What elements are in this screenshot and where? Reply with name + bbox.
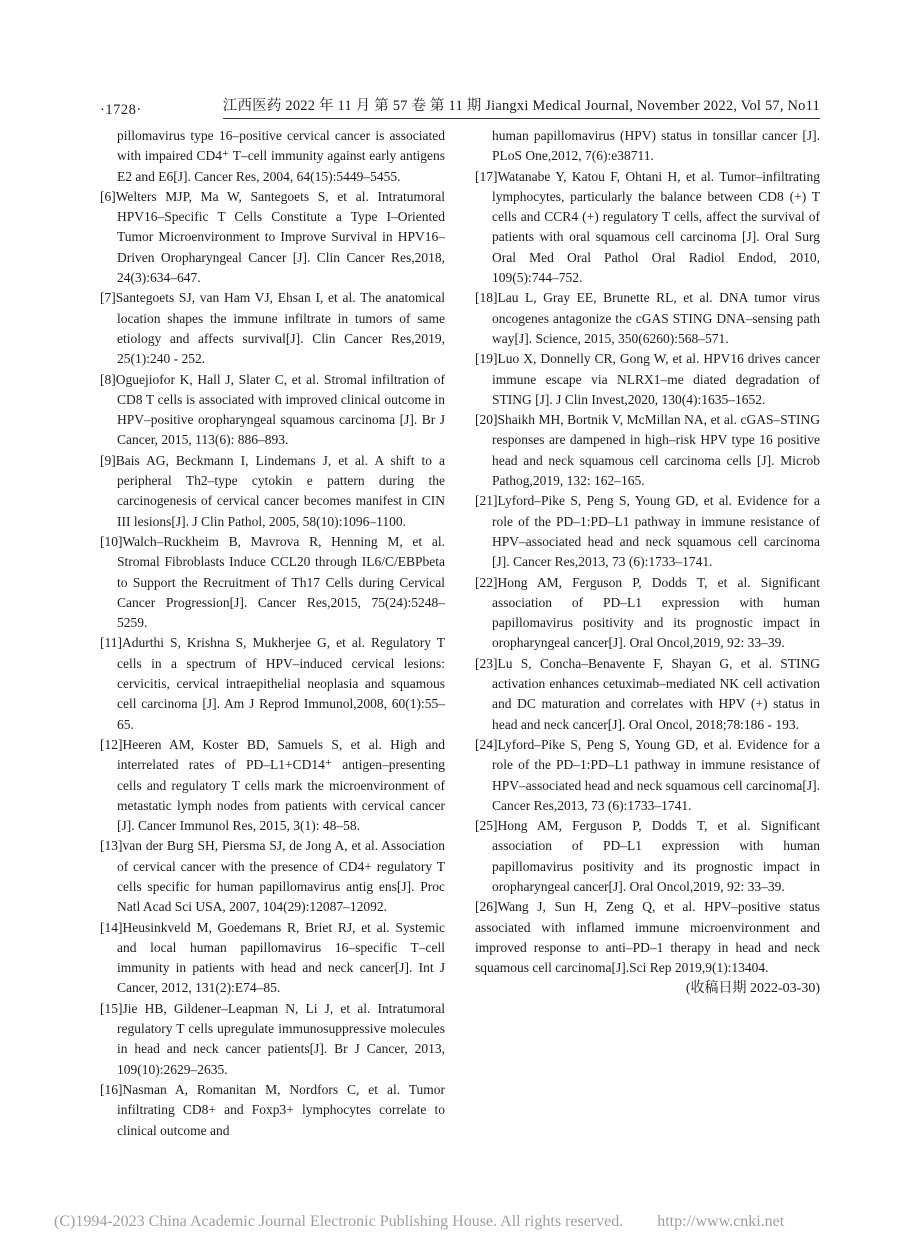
journal-masthead: 江西医药 2022 年 11 月 第 57 卷 第 11 期 Jiangxi M…	[223, 94, 820, 119]
reference-entry: [15]Jie HB, Gildener–Leapman N, Li J, et…	[100, 999, 445, 1080]
reference-entry: [9]Bais AG, Beckmann I, Lindemans J, et …	[100, 451, 445, 532]
references-column-right: human papillomavirus (HPV) status in ton…	[475, 126, 820, 1141]
received-date: (收稿日期 2022-03-30)	[475, 978, 820, 1000]
reference-entry: [13]van der Burg SH, Piersma SJ, de Jong…	[100, 836, 445, 917]
reference-entry: [14]Heusinkveld M, Goedemans R, Briet RJ…	[100, 918, 445, 999]
reference-entry: [23]Lu S, Concha–Benavente F, Shayan G, …	[475, 654, 820, 735]
cnki-footer: (C)1994-2023 China Academic Journal Elec…	[54, 1213, 784, 1231]
reference-entry: [26]Wang J, Sun H, Zeng Q, et al. HPV–po…	[475, 897, 820, 978]
page-header: ·1728· 江西医药 2022 年 11 月 第 57 卷 第 11 期 Ji…	[100, 94, 820, 119]
reference-entry: [6]Welters MJP, Ma W, Santegoets S, et a…	[100, 187, 445, 288]
reference-entry: [7]Santegoets SJ, van Ham VJ, Ehsan I, e…	[100, 288, 445, 369]
references-column-left: pillomavirus type 16–positive cervical c…	[100, 126, 445, 1141]
reference-entry: [11]Adurthi S, Krishna S, Mukherjee G, e…	[100, 633, 445, 734]
page-number: ·1728·	[100, 102, 142, 119]
reference-entry: human papillomavirus (HPV) status in ton…	[475, 126, 820, 167]
reference-entry: [24]Lyford–Pike S, Peng S, Young GD, et …	[475, 735, 820, 816]
copyright-notice: (C)1994-2023 China Academic Journal Elec…	[54, 1213, 623, 1230]
cnki-url: http://www.cnki.net	[657, 1213, 784, 1230]
reference-entry: [22]Hong AM, Ferguson P, Dodds T, et al.…	[475, 573, 820, 654]
reference-entry: [21]Lyford–Pike S, Peng S, Young GD, et …	[475, 491, 820, 572]
reference-entry: [12]Heeren AM, Koster BD, Samuels S, et …	[100, 735, 445, 836]
reference-entry: pillomavirus type 16–positive cervical c…	[100, 126, 445, 187]
references-section: pillomavirus type 16–positive cervical c…	[100, 126, 820, 1141]
reference-entry: [25]Hong AM, Ferguson P, Dodds T, et al.…	[475, 816, 820, 897]
reference-entry: [20]Shaikh MH, Bortnik V, McMillan NA, e…	[475, 410, 820, 491]
reference-entry: [18]Lau L, Gray EE, Brunette RL, et al. …	[475, 288, 820, 349]
reference-entry: [10]Walch–Ruckheim B, Mavrova R, Henning…	[100, 532, 445, 633]
reference-entry: [16]Nasman A, Romanitan M, Nordfors C, e…	[100, 1080, 445, 1141]
reference-entry: [17]Watanabe Y, Katou F, Ohtani H, et al…	[475, 167, 820, 289]
reference-entry: [8]Oguejiofor K, Hall J, Slater C, et al…	[100, 370, 445, 451]
reference-entry: [19]Luo X, Donnelly CR, Gong W, et al. H…	[475, 349, 820, 410]
